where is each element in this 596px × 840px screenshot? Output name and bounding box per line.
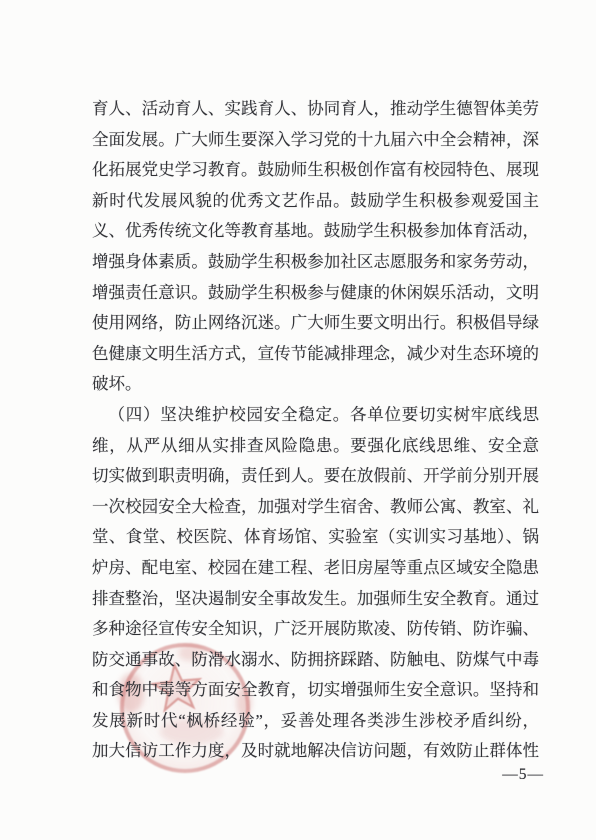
text-line: （四）坚决维护校园安全稳定。各单位要切实树牢底线思 xyxy=(92,400,539,431)
text-line: 维，从严从细从实排查风险隐患。要强化底线思维、安全意识， xyxy=(92,431,539,462)
text-line: 防交通事故、防滑水溺水、防拥挤踩踏、防触电、防煤气中毒 xyxy=(92,645,539,676)
document-body: 育人、活动育人、实践育人、协同育人，推动学生德智体美劳全面发展。广大师生要深入学… xyxy=(92,94,539,767)
text-line: 一次校园安全大检查，加强对学生宿舍、教师公寓、教室、礼 xyxy=(92,492,539,523)
text-line: 发展新时代“枫桥经验”，妥善处理各类涉生涉校矛盾纠纷， xyxy=(92,706,539,737)
text-line: 新时代发展风貌的优秀文艺作品。鼓励学生积极参观爱国主 xyxy=(92,186,539,217)
text-line: 使用网络，防止网络沉迷。广大师生要文明出行。积极倡导绿 xyxy=(92,308,539,339)
text-line: 多种途径宣传安全知识，广泛开展防欺凌、防传销、防诈骗、 xyxy=(92,614,539,645)
text-line: 加大信访工作力度，及时就地解决信访问题，有效防止群体性 xyxy=(92,736,539,767)
text-line: 切实做到职责明确，责任到人。要在放假前、开学前分别开展 xyxy=(92,461,539,492)
text-line: 堂、食堂、校医院、体育场馆、实验室（实训实习基地）、锅 xyxy=(92,522,539,553)
text-line: 增强身体素质。鼓励学生积极参加社区志愿服务和家务劳动， xyxy=(92,247,539,278)
text-line: 增强责任意识。鼓励学生积极参与健康的休闲娱乐活动，文明 xyxy=(92,278,539,309)
document-page: 育人、活动育人、实践育人、协同育人，推动学生德智体美劳全面发展。广大师生要深入学… xyxy=(0,0,596,840)
text-line: 炉房、配电室、校园在建工程、老旧房屋等重点区域安全隐患 xyxy=(92,553,539,584)
text-line: 育人、活动育人、实践育人、协同育人，推动学生德智体美劳 xyxy=(92,94,539,125)
text-line: 义、优秀传统文化等教育基地。鼓励学生积极参加体育活动， xyxy=(92,216,539,247)
text-line: 和食物中毒等方面安全教育，切实增强师生安全意识。坚持和 xyxy=(92,675,539,706)
text-line: 化拓展党史学习教育。鼓励师生积极创作富有校园特色、展现 xyxy=(92,155,539,186)
text-line: 色健康文明生活方式，宣传节能减排理念，减少对生态环境的 xyxy=(92,339,539,370)
text-line: 排查整治，坚决遏制安全事故发生。加强师生安全教育。通过 xyxy=(92,584,539,615)
text-line: 全面发展。广大师生要深入学习党的十九届六中全会精神，深 xyxy=(92,125,539,156)
page-number: —5— xyxy=(502,766,544,784)
text-line: 破坏。 xyxy=(92,369,539,400)
